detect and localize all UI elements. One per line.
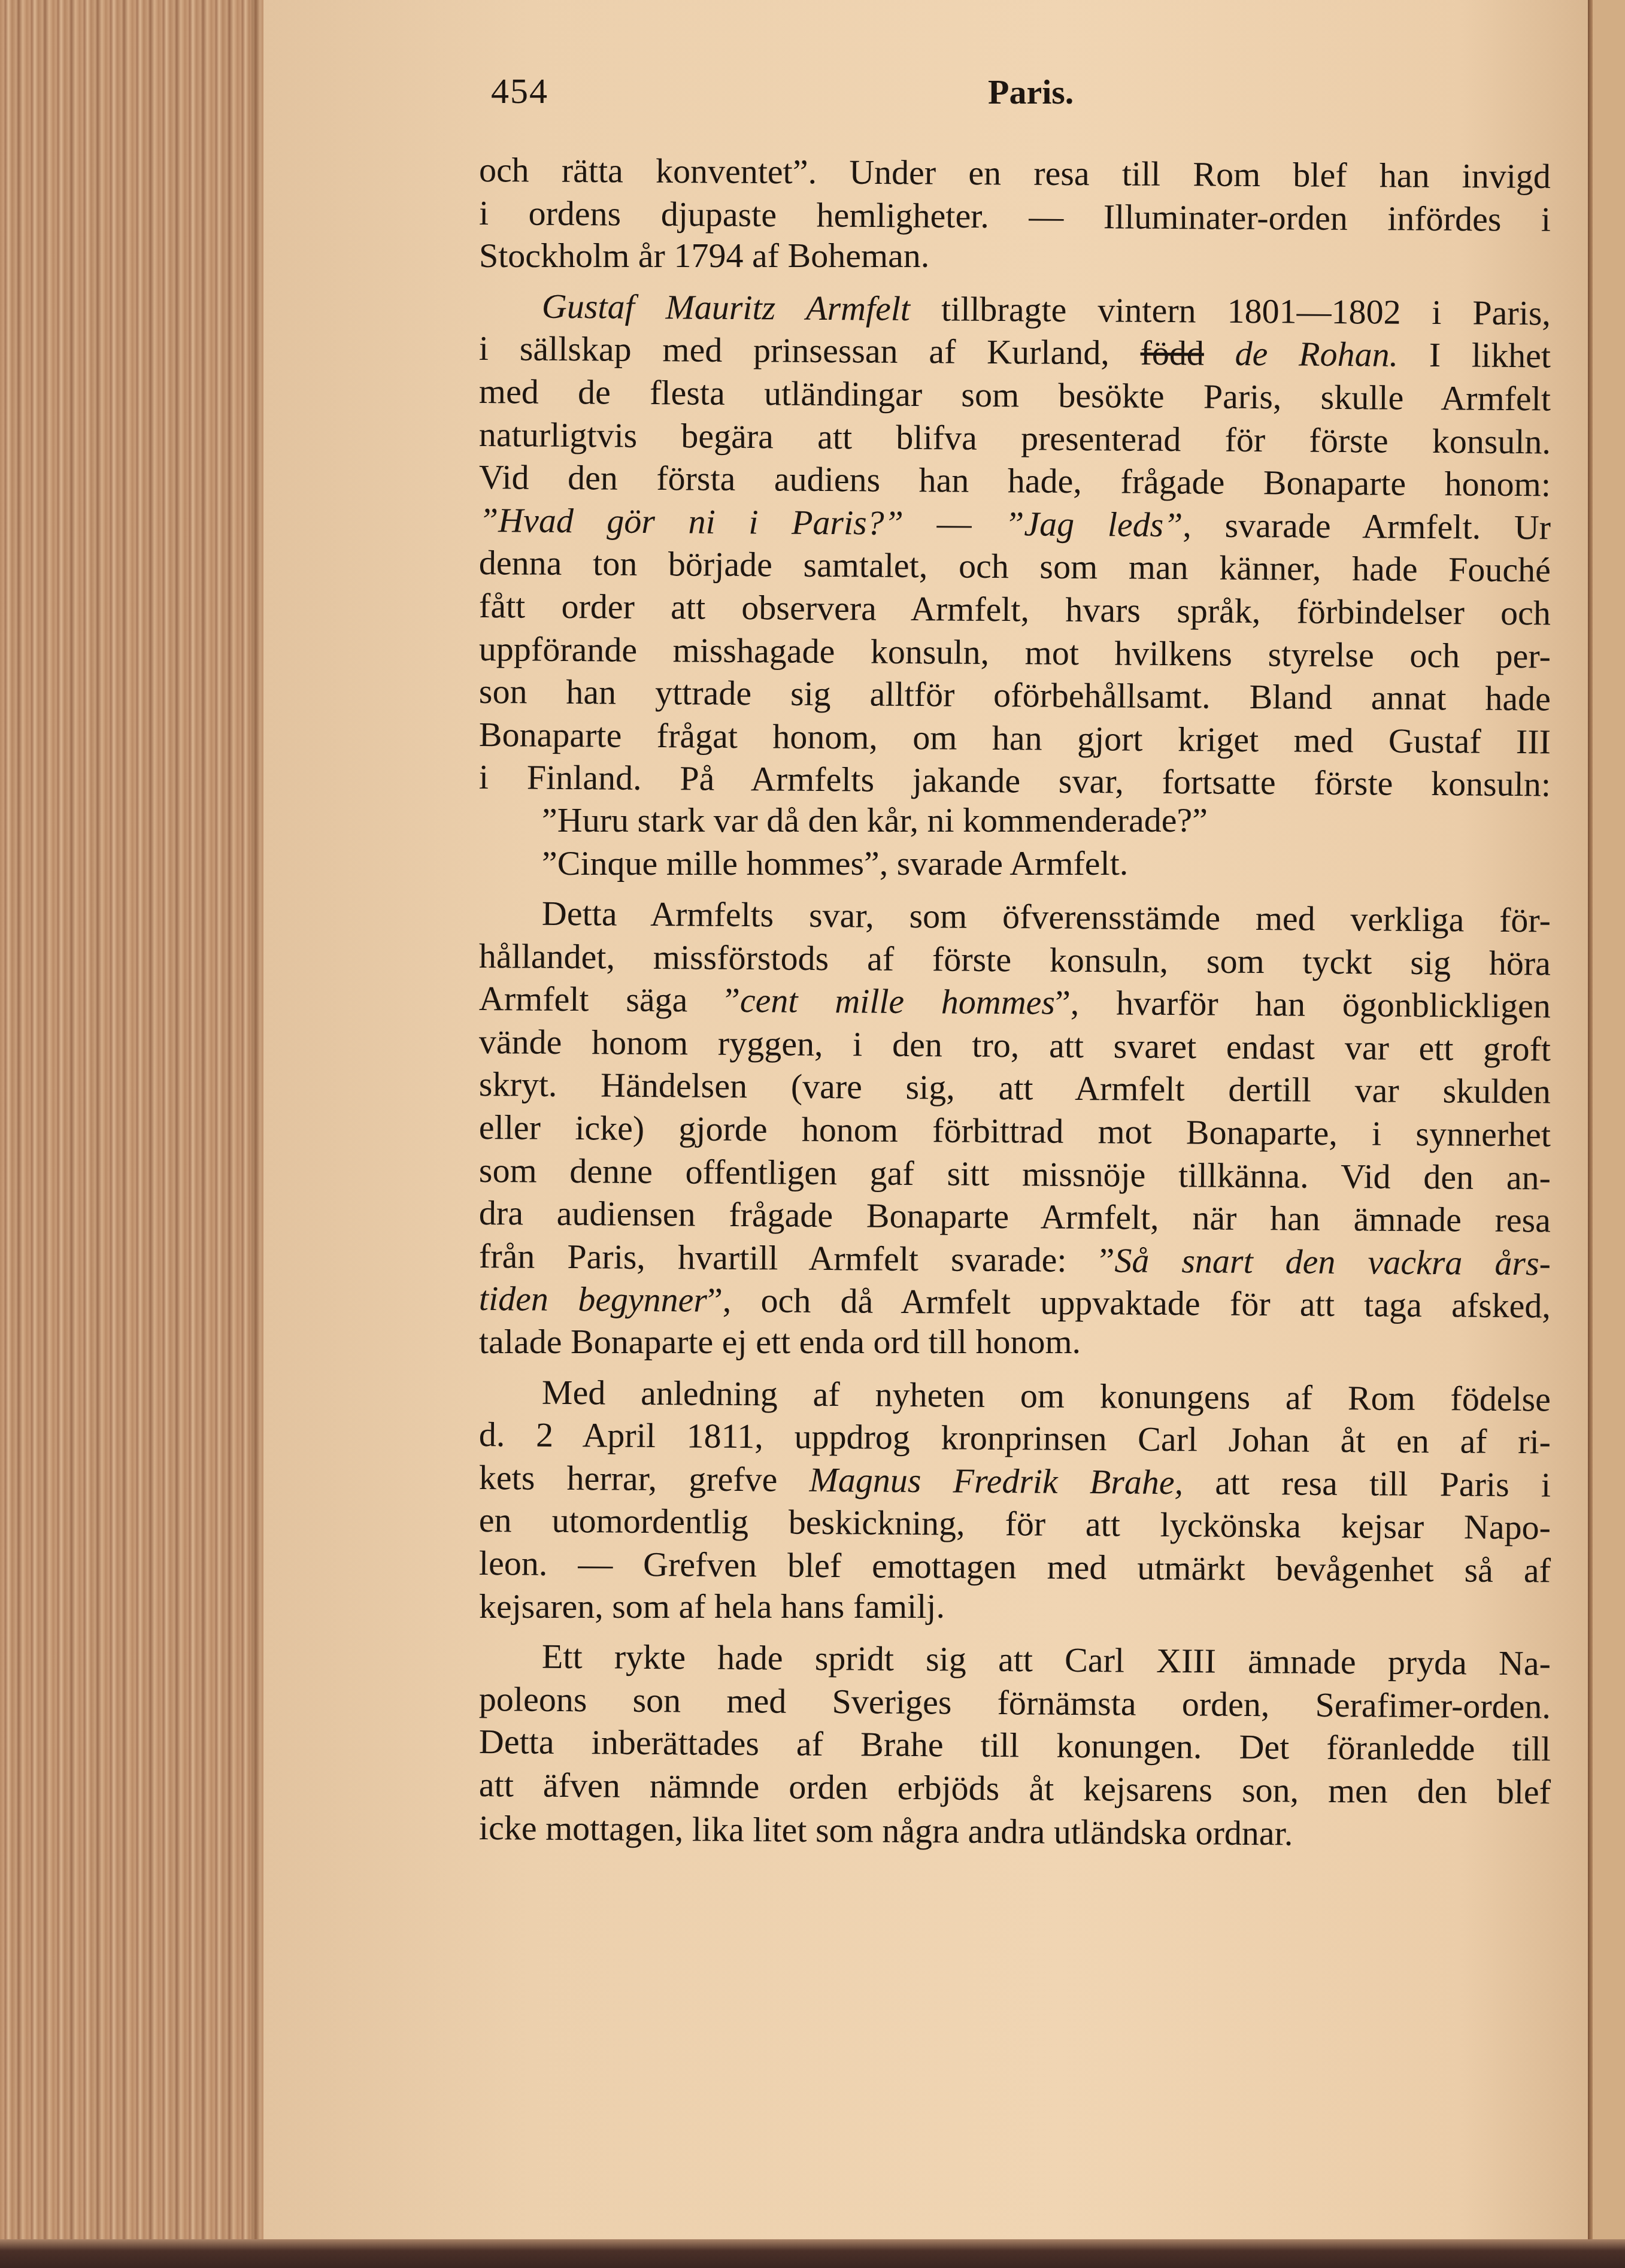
text-line: poleons son med Sveriges förnämsta orden…: [479, 1678, 1551, 1728]
text-line: son han yttrade sig alltför oförbehållsa…: [479, 670, 1551, 720]
page-header: 454 Paris.: [491, 71, 1569, 119]
paragraph: Gustaf Mauritz Armfelt tillbragte vinter…: [479, 284, 1551, 799]
text-line: uppförande misshagade konsuln, mot hvilk…: [479, 627, 1551, 678]
text-line: ”Hvad gör ni i Paris?” — ”Jag leds”, sva…: [479, 499, 1551, 549]
text-line: att äfven nämnde orden erbjöds åt kejsar…: [479, 1763, 1551, 1814]
italic-name: Gustaf Mauritz Armfelt: [542, 287, 911, 328]
paragraph: Detta Armfelts svar, som öfverensstämde …: [479, 892, 1551, 1363]
text-line: naturligtvis begära att blifva presenter…: [479, 413, 1551, 463]
struck-word: född: [1140, 333, 1204, 373]
text-line: tiden begynner”, och då Armfelt uppvakta…: [479, 1277, 1551, 1327]
next-page-edge: [1593, 0, 1625, 2268]
text-line: ”Huru stark var då den kår, ni kommender…: [479, 799, 1551, 842]
page-number: 454: [491, 71, 548, 112]
page-fold-shadow: [1588, 0, 1593, 2239]
text-line: eller icke) gjorde honom förbittrad mot …: [479, 1106, 1551, 1156]
paragraph: Ett rykte hade spridt sig att Carl XIII …: [479, 1635, 1551, 1849]
text-line: från Paris, hvartill Armfelt svarade: ”S…: [479, 1235, 1551, 1285]
text-line: Vid den första audiens han hade, frågade…: [479, 456, 1551, 506]
text-line: Detta Armfelts svar, som öfverensstämde …: [479, 892, 1551, 942]
text-line: en utomordentlig beskickning, för att ly…: [479, 1499, 1551, 1549]
text-line: ”Cinque mille hommes”, svarade Armfelt.: [479, 842, 1551, 885]
text-line: hållandet, missförstods af förste konsul…: [479, 935, 1551, 985]
running-title: Paris.: [988, 72, 1074, 112]
book-cover-edge: [0, 2239, 1625, 2268]
text-line: Bonaparte frågat honom, om han gjort kri…: [479, 713, 1551, 763]
text-line: i Finland. På Armfelts jakande svar, for…: [479, 756, 1551, 806]
text-line: i sällskap med prinsessan af Kurland, fö…: [479, 327, 1551, 377]
paragraph: och rätta konventet”. Under en resa till…: [479, 148, 1551, 277]
text-line: Med anledning af nyheten om konungens af…: [479, 1370, 1551, 1421]
text-line: Stockholm år 1794 af Boheman.: [479, 234, 1551, 277]
text-line: Armfelt säga ”cent mille hommes”, hvarfö…: [479, 977, 1551, 1027]
book-page-edges: [0, 0, 263, 2268]
body-text: och rätta konventet”. Under en resa till…: [479, 148, 1551, 1849]
text-line: skryt. Händelsen (vare sig, att Armfelt …: [479, 1063, 1551, 1113]
text-line: kets herrar, grefve Magnus Fredrik Brahe…: [479, 1456, 1551, 1506]
text-line: talade Bonaparte ej ett enda ord till ho…: [479, 1320, 1551, 1363]
text-line: och rätta konventet”. Under en resa till…: [479, 148, 1551, 198]
paragraph: Med anledning af nyheten om konungens af…: [479, 1370, 1551, 1628]
text-line: d. 2 April 1811, uppdrog kronprinsen Car…: [479, 1413, 1551, 1463]
text-line: denna ton började samtalet, och som man …: [479, 541, 1551, 592]
text-line: vände honom ryggen, i den tro, att svare…: [479, 1020, 1551, 1071]
text-line: fått order att observera Armfelt, hvars …: [479, 584, 1551, 635]
dialogue: ”Huru stark var då den kår, ni kommender…: [479, 799, 1551, 884]
text-line: som denne offentligen gaf sitt missnöje …: [479, 1149, 1551, 1199]
text-line: kejsaren, som af hela hans familj.: [479, 1585, 1551, 1628]
text-line: med de flesta utländingar som besökte Pa…: [479, 370, 1551, 420]
text-line: dra audiensen frågade Bonaparte Armfelt,…: [479, 1191, 1551, 1242]
text-line: Detta inberättades af Brahe till konunge…: [479, 1720, 1551, 1770]
text-line: icke mottagen, lika litet som några andr…: [479, 1806, 1551, 1857]
text-line: i ordens djupaste hemligheter. — Illumin…: [479, 192, 1551, 241]
text-line: Gustaf Mauritz Armfelt tillbragte vinter…: [479, 284, 1551, 335]
text-line: Ett rykte hade spridt sig att Carl XIII …: [479, 1635, 1551, 1685]
text-line: leon. — Grefven blef emottagen med utmär…: [479, 1542, 1551, 1592]
